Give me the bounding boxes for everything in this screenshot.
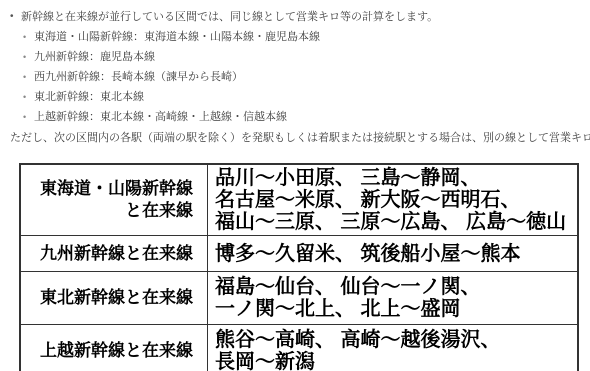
- table-row: 東北新幹線と在来線 福島～仙台、 仙台～一ノ関、 一ノ関～北上、 北上～盛岡: [20, 272, 578, 325]
- list-item-label: 上越新幹線：東北本線・高崎線・上越線・信越本線: [34, 111, 287, 123]
- sub-bullet-icon: •: [23, 107, 26, 127]
- sub-bullet-icon: •: [23, 27, 26, 47]
- list-item-label: 東海道・山陽新幹線：東海道本線・山陽本線・鹿児島本線: [34, 31, 320, 43]
- list-item-tokaido-sanyo: • 東海道・山陽新幹線：東海道本線・山陽本線・鹿児島本線: [23, 27, 582, 47]
- list-item-joetsu: • 上越新幹線：東北本線・高崎線・上越線・信越本線: [23, 107, 582, 127]
- row-heading-tohoku: 東北新幹線と在来線: [20, 272, 208, 325]
- table-row: 九州新幹線と在来線 博多～久留米、 筑後船小屋～熊本: [20, 236, 578, 272]
- list-item-label: 西九州新幹線：長崎本線（諫早から長崎）: [34, 71, 243, 83]
- exception-note: ただし、次の区間内の各駅（両端の駅を除く）を発駅もしくは着駅または接続駅とする場…: [10, 130, 582, 146]
- row-sections-kyushu: 博多～久留米、 筑後船小屋～熊本: [208, 236, 579, 272]
- list-item-label: 九州新幹線：鹿児島本線: [34, 51, 155, 63]
- intro-main-item: • 新幹線と在来線が並行している区間では、同じ線として営業キロ等の計算をします。: [10, 7, 582, 27]
- intro-list: • 新幹線と在来線が並行している区間では、同じ線として営業キロ等の計算をします。: [10, 7, 582, 27]
- table-row: 東海道・山陽新幹線 と在来線 品川～小田原、 三島～静岡、 名古屋～米原、 新大…: [20, 164, 578, 236]
- sub-bullet-icon: •: [23, 87, 26, 107]
- list-item-kyushu: • 九州新幹線：鹿児島本線: [23, 47, 582, 67]
- parallel-sections-table: 東海道・山陽新幹線 と在来線 品川～小田原、 三島～静岡、 名古屋～米原、 新大…: [19, 163, 579, 371]
- intro-main-text: 新幹線と在来線が並行している区間では、同じ線として営業キロ等の計算をします。: [21, 11, 438, 23]
- shinkansen-line-list: • 東海道・山陽新幹線：東海道本線・山陽本線・鹿児島本線 • 九州新幹線：鹿児島…: [23, 27, 582, 127]
- row-heading-joetsu: 上越新幹線と在来線: [20, 325, 208, 371]
- row-sections-joetsu: 熊谷～高崎、 高崎～越後湯沢、 長岡～新潟: [208, 325, 579, 371]
- list-item-tohoku: • 東北新幹線：東北本線: [23, 87, 582, 107]
- list-item-nishikyushu: • 西九州新幹線：長崎本線（諫早から長崎）: [23, 67, 582, 87]
- table-row: 上越新幹線と在来線 熊谷～高崎、 高崎～越後湯沢、 長岡～新潟: [20, 325, 578, 371]
- sub-bullet-icon: •: [23, 67, 26, 87]
- sub-bullet-icon: •: [23, 47, 26, 67]
- bullet-icon: •: [10, 7, 14, 27]
- fare-calculation-document: • 新幹線と在来線が並行している区間では、同じ線として営業キロ等の計算をします。…: [0, 0, 590, 371]
- row-heading-tokaido-sanyo: 東海道・山陽新幹線 と在来線: [20, 164, 208, 236]
- row-sections-tokaido-sanyo: 品川～小田原、 三島～静岡、 名古屋～米原、 新大阪～西明石、 福山～三原、 三…: [208, 164, 579, 236]
- row-sections-tohoku: 福島～仙台、 仙台～一ノ関、 一ノ関～北上、 北上～盛岡: [208, 272, 579, 325]
- row-heading-kyushu: 九州新幹線と在来線: [20, 236, 208, 272]
- list-item-label: 東北新幹線：東北本線: [34, 91, 144, 103]
